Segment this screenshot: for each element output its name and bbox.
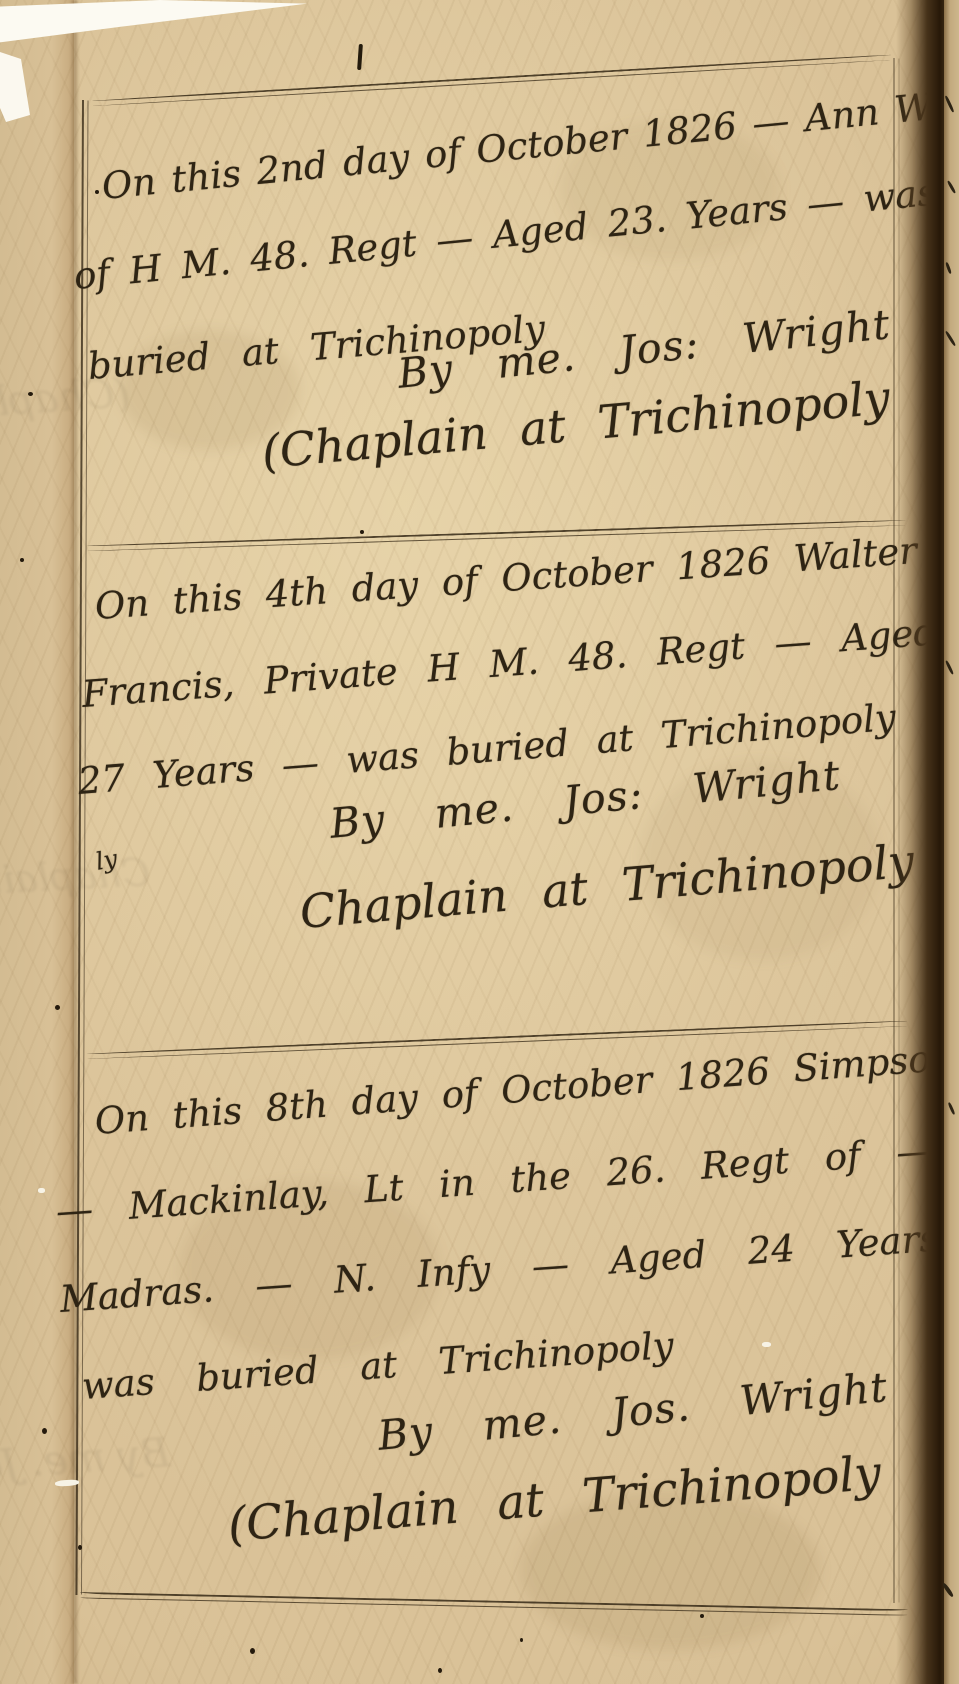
entry2-line2: Francis, Private H M. 48. Regt — Aged: [80, 610, 938, 716]
ink-speck: [42, 1428, 47, 1434]
ink-speck: [360, 530, 364, 534]
paper-flaw-speck: [762, 1342, 771, 1347]
next-page-edge: [944, 0, 959, 1684]
margin-tick-mark: [357, 44, 363, 70]
entry3-line3: Madras. — N. Infy — Aged 24 Years: [59, 1217, 940, 1321]
ink-speck: [20, 558, 24, 562]
paper-flaw-speck: [38, 1188, 45, 1193]
ink-speck: [520, 1638, 523, 1642]
entry2-signature-role: Chaplain at Trichinopoly: [298, 834, 916, 939]
entry2-line1: On this 4th day of October 1826 Walter: [94, 529, 919, 628]
underlying-page-edge: [0, 0, 74, 1684]
ink-speck: [95, 190, 99, 194]
binding-gutter-shadow: [896, 0, 946, 1684]
entry2-continuation-ly: ly: [94, 845, 120, 876]
ink-speck: [28, 392, 33, 396]
entry3-line1: On this 8th day of October 1826 Simpson: [93, 1035, 955, 1142]
ink-speck: [250, 1648, 255, 1654]
ink-speck: [438, 1668, 442, 1673]
ink-speck: [55, 1005, 60, 1010]
ink-speck: [78, 1545, 82, 1550]
entry1-signature-role: (Chaplain at Trichinopoly: [260, 370, 892, 479]
entry3-signature-role: (Chaplain at Trichinopoly: [226, 1446, 883, 1553]
ink-speck: [700, 1614, 704, 1618]
frame-top-rule: [92, 54, 891, 102]
entry3-line2: — Mackinlay, Lt in the 26. Regt of —: [55, 1129, 935, 1233]
frame-right-rule: [893, 58, 895, 1603]
register-page-photo: (Chaplain at Trichinopoly Chaplain at Tr…: [0, 0, 959, 1684]
frame-bottom-rule: [80, 1592, 908, 1611]
